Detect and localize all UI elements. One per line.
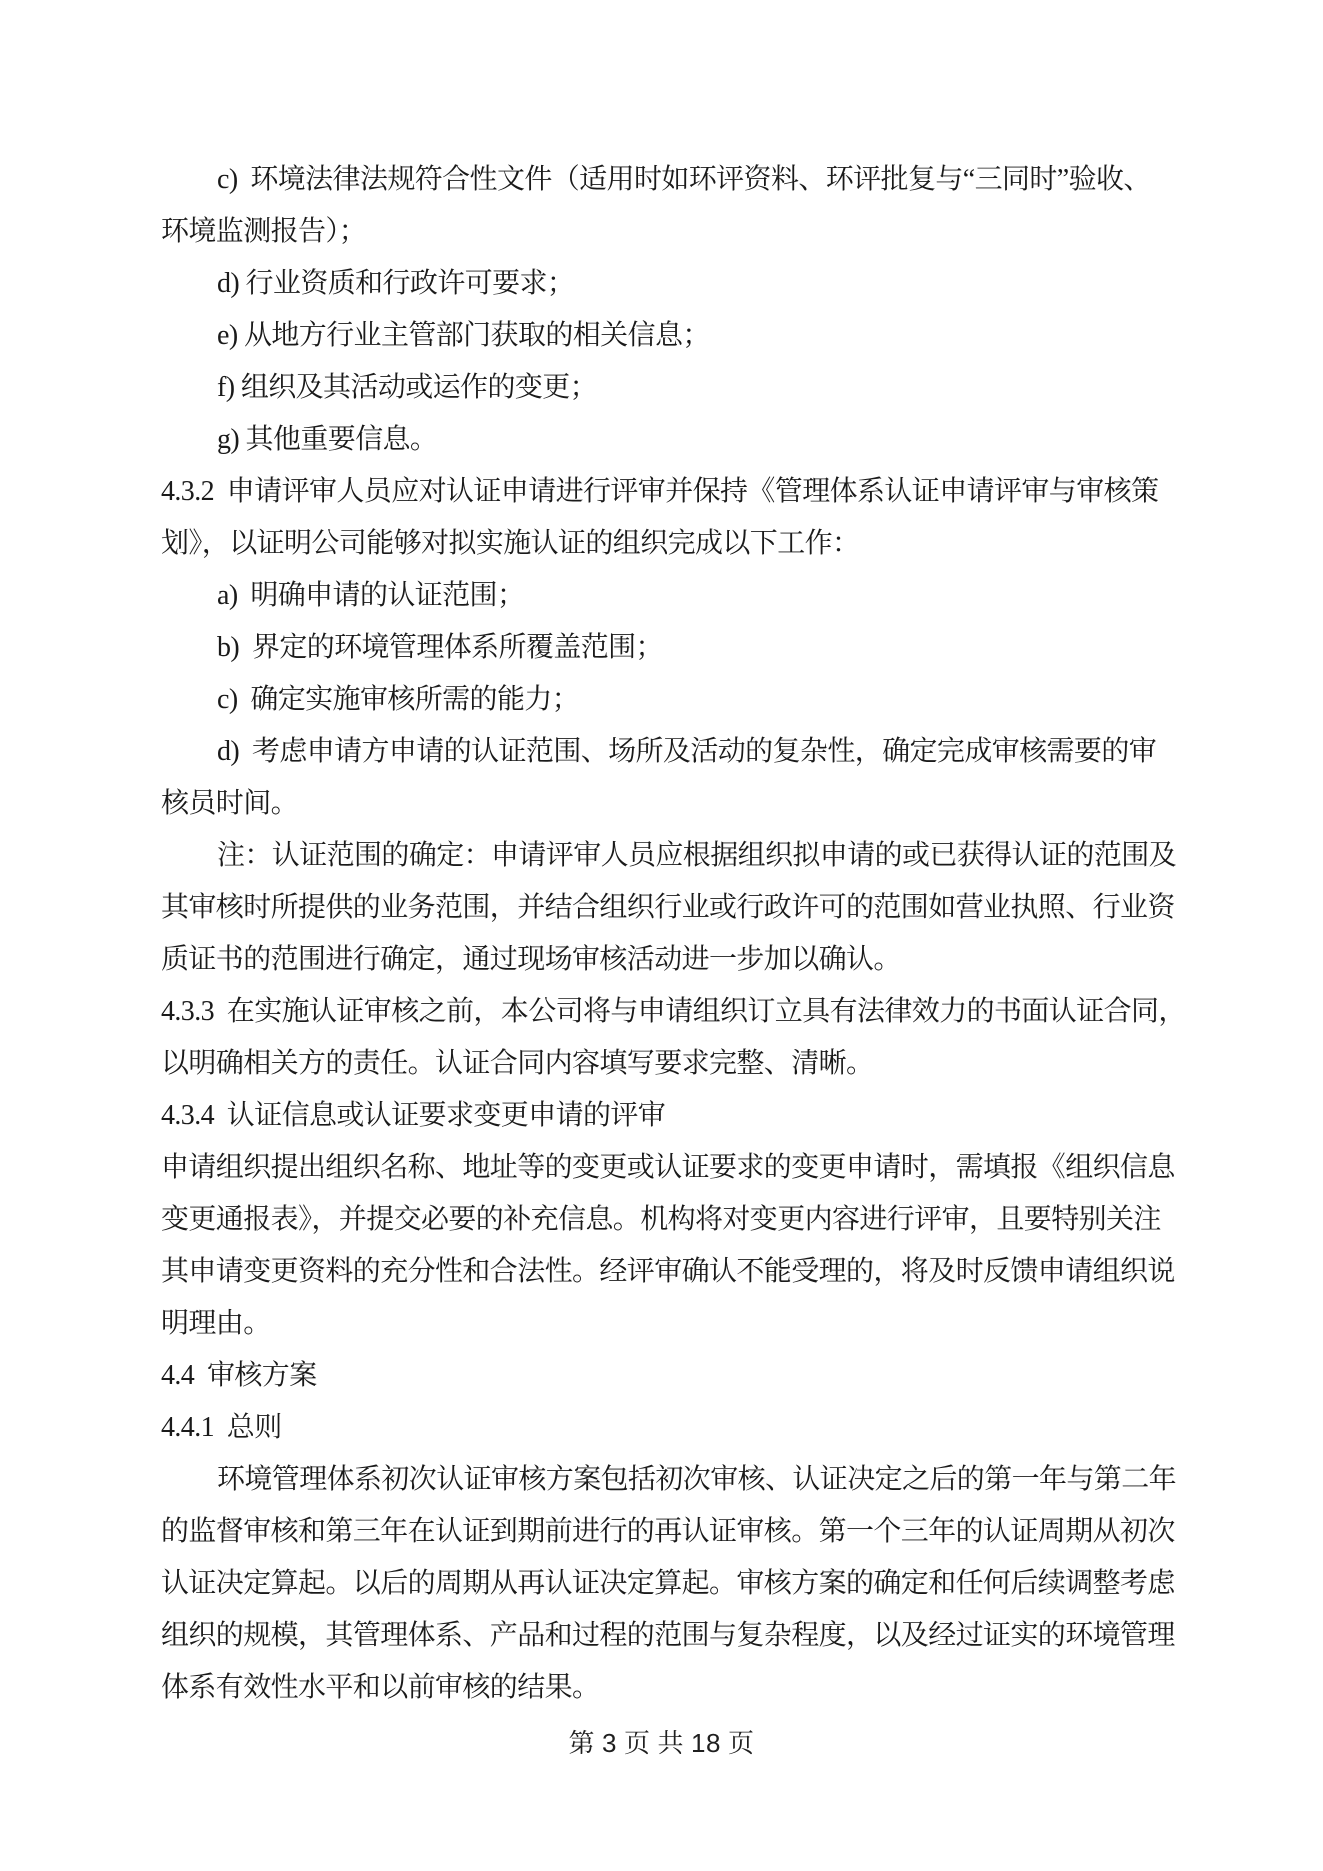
document-line: 环境管理体系初次认证审核方案包括初次审核、认证决定之后的第一年与第二年: [161, 1454, 1191, 1506]
document-line: 4.3.3 在实施认证审核之前，本公司将与申请组织订立具有法律效力的书面认证合同…: [161, 986, 1191, 1038]
page-footer: 第 3 页 共 18 页: [0, 1726, 1323, 1761]
document-body: c) 环境法律法规符合性文件（适用时如环评资料、环评批复与“三同时”验收、环境监…: [161, 154, 1191, 1714]
document-line: 4.4 审核方案: [161, 1350, 1191, 1402]
footer-label-suffix: 页: [721, 1729, 755, 1758]
document-line: 组织的规模，其管理体系、产品和过程的范围与复杂程度，以及经过证实的环境管理: [161, 1610, 1191, 1662]
document-line: 明理由。: [161, 1298, 1191, 1350]
document-line: 变更通报表》，并提交必要的补充信息。机构将对变更内容进行评审，且要特别关注: [161, 1194, 1191, 1246]
document-line: 体系有效性水平和以前审核的结果。: [161, 1662, 1191, 1714]
document-line: 环境监测报告）；: [161, 206, 1191, 258]
footer-label-prefix: 第: [569, 1729, 603, 1758]
document-line: 质证书的范围进行确定，通过现场审核活动进一步加以确认。: [161, 934, 1191, 986]
document-line: 注：认证范围的确定：申请评审人员应根据组织拟申请的或已获得认证的范围及: [161, 830, 1191, 882]
document-page: c) 环境法律法规符合性文件（适用时如环评资料、环评批复与“三同时”验收、环境监…: [0, 0, 1323, 1871]
footer-label-middle: 页 共: [617, 1729, 691, 1758]
document-line: 的监督审核和第三年在认证到期前进行的再认证审核。第一个三年的认证周期从初次: [161, 1506, 1191, 1558]
document-line: 其审核时所提供的业务范围，并结合组织行业或行政许可的范围如营业执照、行业资: [161, 882, 1191, 934]
document-line: d) 行业资质和行政许可要求；: [161, 258, 1191, 310]
footer-page-number: 3: [602, 1728, 617, 1758]
footer-total-pages: 18: [691, 1728, 721, 1758]
document-line: 以明确相关方的责任。认证合同内容填写要求完整、清晰。: [161, 1038, 1191, 1090]
document-line: 其申请变更资料的充分性和合法性。经评审确认不能受理的，将及时反馈申请组织说: [161, 1246, 1191, 1298]
document-line: 认证决定算起。以后的周期从再认证决定算起。审核方案的确定和任何后续调整考虑: [161, 1558, 1191, 1610]
document-line: e) 从地方行业主管部门获取的相关信息；: [161, 310, 1191, 362]
document-line: 4.3.2 申请评审人员应对认证申请进行评审并保持《管理体系认证申请评审与审核策: [161, 466, 1191, 518]
document-line: 划》，以证明公司能够对拟实施认证的组织完成以下工作：: [161, 518, 1191, 570]
document-line: 4.4.1 总则: [161, 1402, 1191, 1454]
document-line: c) 环境法律法规符合性文件（适用时如环评资料、环评批复与“三同时”验收、: [161, 154, 1191, 206]
document-line: 申请组织提出组织名称、地址等的变更或认证要求的变更申请时，需填报《组织信息: [161, 1142, 1191, 1194]
document-line: g) 其他重要信息。: [161, 414, 1191, 466]
document-line: c) 确定实施审核所需的能力；: [161, 674, 1191, 726]
document-line: 4.3.4 认证信息或认证要求变更申请的评审: [161, 1090, 1191, 1142]
document-line: f) 组织及其活动或运作的变更；: [161, 362, 1191, 414]
document-line: b) 界定的环境管理体系所覆盖范围；: [161, 622, 1191, 674]
document-line: 核员时间。: [161, 778, 1191, 830]
document-line: a) 明确申请的认证范围；: [161, 570, 1191, 622]
document-line: d) 考虑申请方申请的认证范围、场所及活动的复杂性，确定完成审核需要的审: [161, 726, 1191, 778]
